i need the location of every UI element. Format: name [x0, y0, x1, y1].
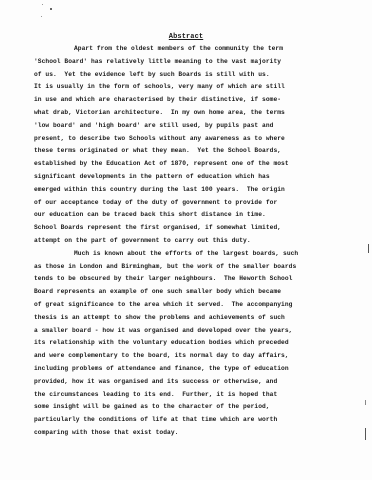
text-line: 'School Board' has relatively little mea… — [34, 56, 354, 69]
text-line: particularly the conditions of life at t… — [34, 414, 354, 427]
text-line: attempt on the part of government to car… — [34, 235, 354, 248]
margin-mark — [365, 428, 366, 440]
scan-speck — [50, 8, 52, 10]
text-line: present, to describe two Schools without… — [34, 133, 354, 146]
text-line: including problems of attendance and fin… — [34, 363, 354, 376]
text-line: these terms originated or what they mean… — [34, 145, 354, 158]
text-line: its relationship with the voluntary educ… — [34, 337, 354, 350]
text-line: emerged within this country during the l… — [34, 184, 354, 197]
text-line: our education can be traced back this sh… — [34, 209, 354, 222]
text-line: established by the Education Act of 1870… — [34, 158, 354, 171]
abstract-body: Apart from the oldest members of the com… — [34, 43, 354, 440]
text-line: of our acceptance today of the duty of g… — [34, 197, 354, 210]
text-line: a smaller board - how it was organised a… — [34, 325, 354, 338]
scan-speck — [42, 4, 43, 5]
margin-mark — [365, 400, 366, 405]
text-line: significant developments in the pattern … — [34, 171, 354, 184]
text-line: thesis is an attempt to show the problem… — [34, 312, 354, 325]
text-line: some insight will be gained as to the ch… — [34, 401, 354, 414]
text-line: in use and which are characterised by th… — [34, 94, 354, 107]
scan-speck — [41, 16, 42, 17]
text-line: Much is known about the efforts of the l… — [34, 248, 354, 261]
text-line: of us. Yet the evidence left by such Boa… — [34, 69, 354, 82]
text-line: provided, how it was organised and its s… — [34, 376, 354, 389]
text-line: tends to be obscured by their larger nei… — [34, 273, 354, 286]
text-line: Board represents an example of one such … — [34, 286, 354, 299]
text-line: It is usually in the form of schools, ve… — [34, 81, 354, 94]
text-line: what drab, Victorian architecture. In my… — [34, 107, 354, 120]
text-line: Apart from the oldest members of the com… — [34, 43, 354, 56]
text-line: as those in London and Birmingham, but t… — [34, 261, 354, 274]
text-line: 'low board' and 'high board' are still u… — [34, 120, 354, 133]
text-line: School Boards represent the first organi… — [34, 222, 354, 235]
text-line: and were complementary to the board, its… — [34, 350, 354, 363]
text-line: comparing with those that exist today. — [34, 427, 354, 440]
text-line: of great significance to the area which … — [34, 299, 354, 312]
text-line: the circumstances leading to its end. Fu… — [34, 389, 354, 402]
margin-mark — [368, 244, 369, 253]
scanned-page: Abstract Apart from the oldest members o… — [0, 0, 372, 480]
abstract-title: Abstract — [0, 33, 372, 41]
